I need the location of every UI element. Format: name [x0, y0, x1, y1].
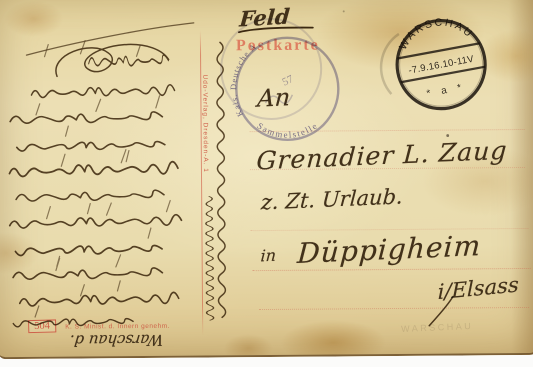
- postmark-second-strike: [381, 34, 400, 94]
- postmark-date: -7.9.16.10-11V: [408, 54, 476, 77]
- address-recipient: Grenadier L. Zaug: [256, 136, 509, 176]
- address-ruling-line: [250, 228, 528, 231]
- handwriting-line: [17, 140, 165, 151]
- address-ruling-line: [250, 129, 525, 132]
- postmark-stamp: WARSCHAU -7.9.16.10-11V * a *: [389, 9, 492, 116]
- ghost-postmark-text: WARSCHAU: [401, 321, 474, 334]
- postmark-bridge-line: [401, 67, 486, 83]
- postcard-scan: Postkarte Udo-Verlag, Dresden-A. 1 504 K…: [0, 0, 533, 367]
- handwriting-line-vertical: [206, 196, 214, 320]
- address-salutation: An: [256, 83, 291, 112]
- signature-flourish: [55, 43, 169, 76]
- message-handwriting: [5, 23, 202, 327]
- message-dateline-upside-down: Warschau d.: [14, 331, 164, 350]
- handwriting-line: [15, 244, 162, 256]
- letter-ascenders: [28, 39, 173, 317]
- handwriting-line: [31, 85, 174, 99]
- handwritten-feld: Feld: [239, 4, 291, 32]
- handwriting-line-vertical: [216, 42, 225, 317]
- postmark-bridge-line: [397, 43, 480, 58]
- address-ruling-line: [259, 307, 529, 310]
- ink-speck: [343, 10, 345, 12]
- address-ruling-line: [253, 268, 531, 271]
- postcard: Postkarte Udo-Verlag, Dresden-A. 1 504 K…: [0, 0, 533, 359]
- address-region: i/Elsass: [438, 273, 519, 305]
- postmark-ring: [390, 13, 493, 116]
- address-place: Düppigheim: [296, 229, 482, 270]
- postmark-inner-ring: [393, 16, 490, 113]
- address-place-prefix: in: [260, 246, 277, 266]
- ink-speck: [446, 134, 449, 137]
- address-status-line: z. Zt. Urlaub.: [260, 184, 403, 214]
- handwriting-line: [9, 162, 178, 178]
- postmark-bottom-letter: * a *: [426, 82, 466, 100]
- handwriting-line: [16, 190, 164, 202]
- handwriting-line: [89, 55, 169, 67]
- printed-title: Postkarte: [236, 37, 320, 56]
- postcard-back-side: Postkarte Udo-Verlag, Dresden-A. 1 504 K…: [0, 0, 533, 362]
- handwriting-line: [10, 215, 182, 230]
- pen-flourish: [26, 23, 195, 55]
- handwriting-line: [10, 112, 162, 125]
- publisher-imprint: Udo-Verlag, Dresden-A. 1: [201, 74, 209, 214]
- postmark-city: WARSCHAU: [393, 10, 477, 54]
- censor-approval-note: K. S. Minist. d. Innern genehm.: [65, 323, 170, 331]
- handwriting-line: [13, 268, 163, 281]
- svg-text:WARSCHAU: WARSCHAU: [393, 10, 477, 54]
- handwriting-line: [20, 292, 179, 307]
